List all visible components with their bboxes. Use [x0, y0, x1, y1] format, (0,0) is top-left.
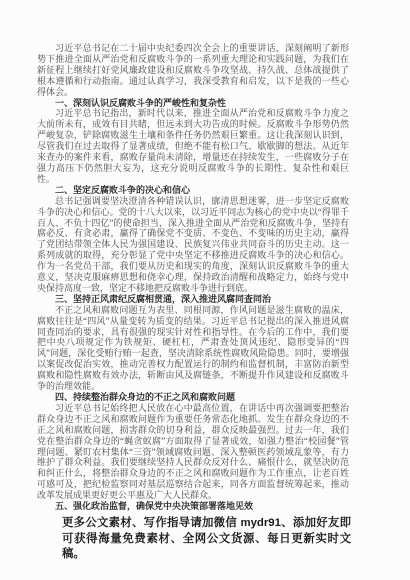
document-body: 习近平总书记在二十届中央纪委四次全会上的重要讲话，深刻阐明了新形势下推进全面从严…: [37, 43, 349, 512]
paragraph: 不正之风和腐败问题互为表里、同根同源，作风问题是滋生腐败的温床，腐败往往是“四风…: [37, 305, 349, 392]
paragraph: 习近平总书记指出，新时代以来，推进全面从严治党和反腐败斗争力度之大前所未有，成效…: [37, 108, 349, 184]
paragraph: 总书记强调要坚决澄清各种错误认识，廓清思想迷雾，进一步坚定反腐败斗争的决心和信心…: [37, 196, 349, 294]
section-heading: 四、持续整治群众身边的不正之风和腐败问题: [37, 392, 349, 403]
paragraph: 习近平总书记在二十届中央纪委四次全会上的重要讲话，深刻阐明了新形势下推进全面从严…: [37, 43, 349, 98]
document-page: 习近平总书记在二十届中央纪委四次全会上的重要讲话，深刻阐明了新形势下推进全面从严…: [0, 0, 410, 580]
section-heading: 二、坚定反腐败斗争的决心和信心: [37, 185, 349, 196]
promo-note: 更多公文素材、写作指导请加微信 mydr91、添加好友即可获得海量免费素材、全网…: [62, 516, 351, 563]
section-heading: 三、坚持正风肃纪反腐相贯通，深入推进风腐同查同治: [37, 294, 349, 305]
section-heading: 五、强化政治监督，确保党中央决策部署落地见效: [37, 501, 349, 512]
paragraph: 习近平总书记始终把人民放在心中最高位置，在讲话中再次强调要把整治群众身边不正之风…: [37, 403, 349, 501]
section-heading: 一、深刻认识反腐败斗争的严峻性和复杂性: [37, 98, 349, 109]
